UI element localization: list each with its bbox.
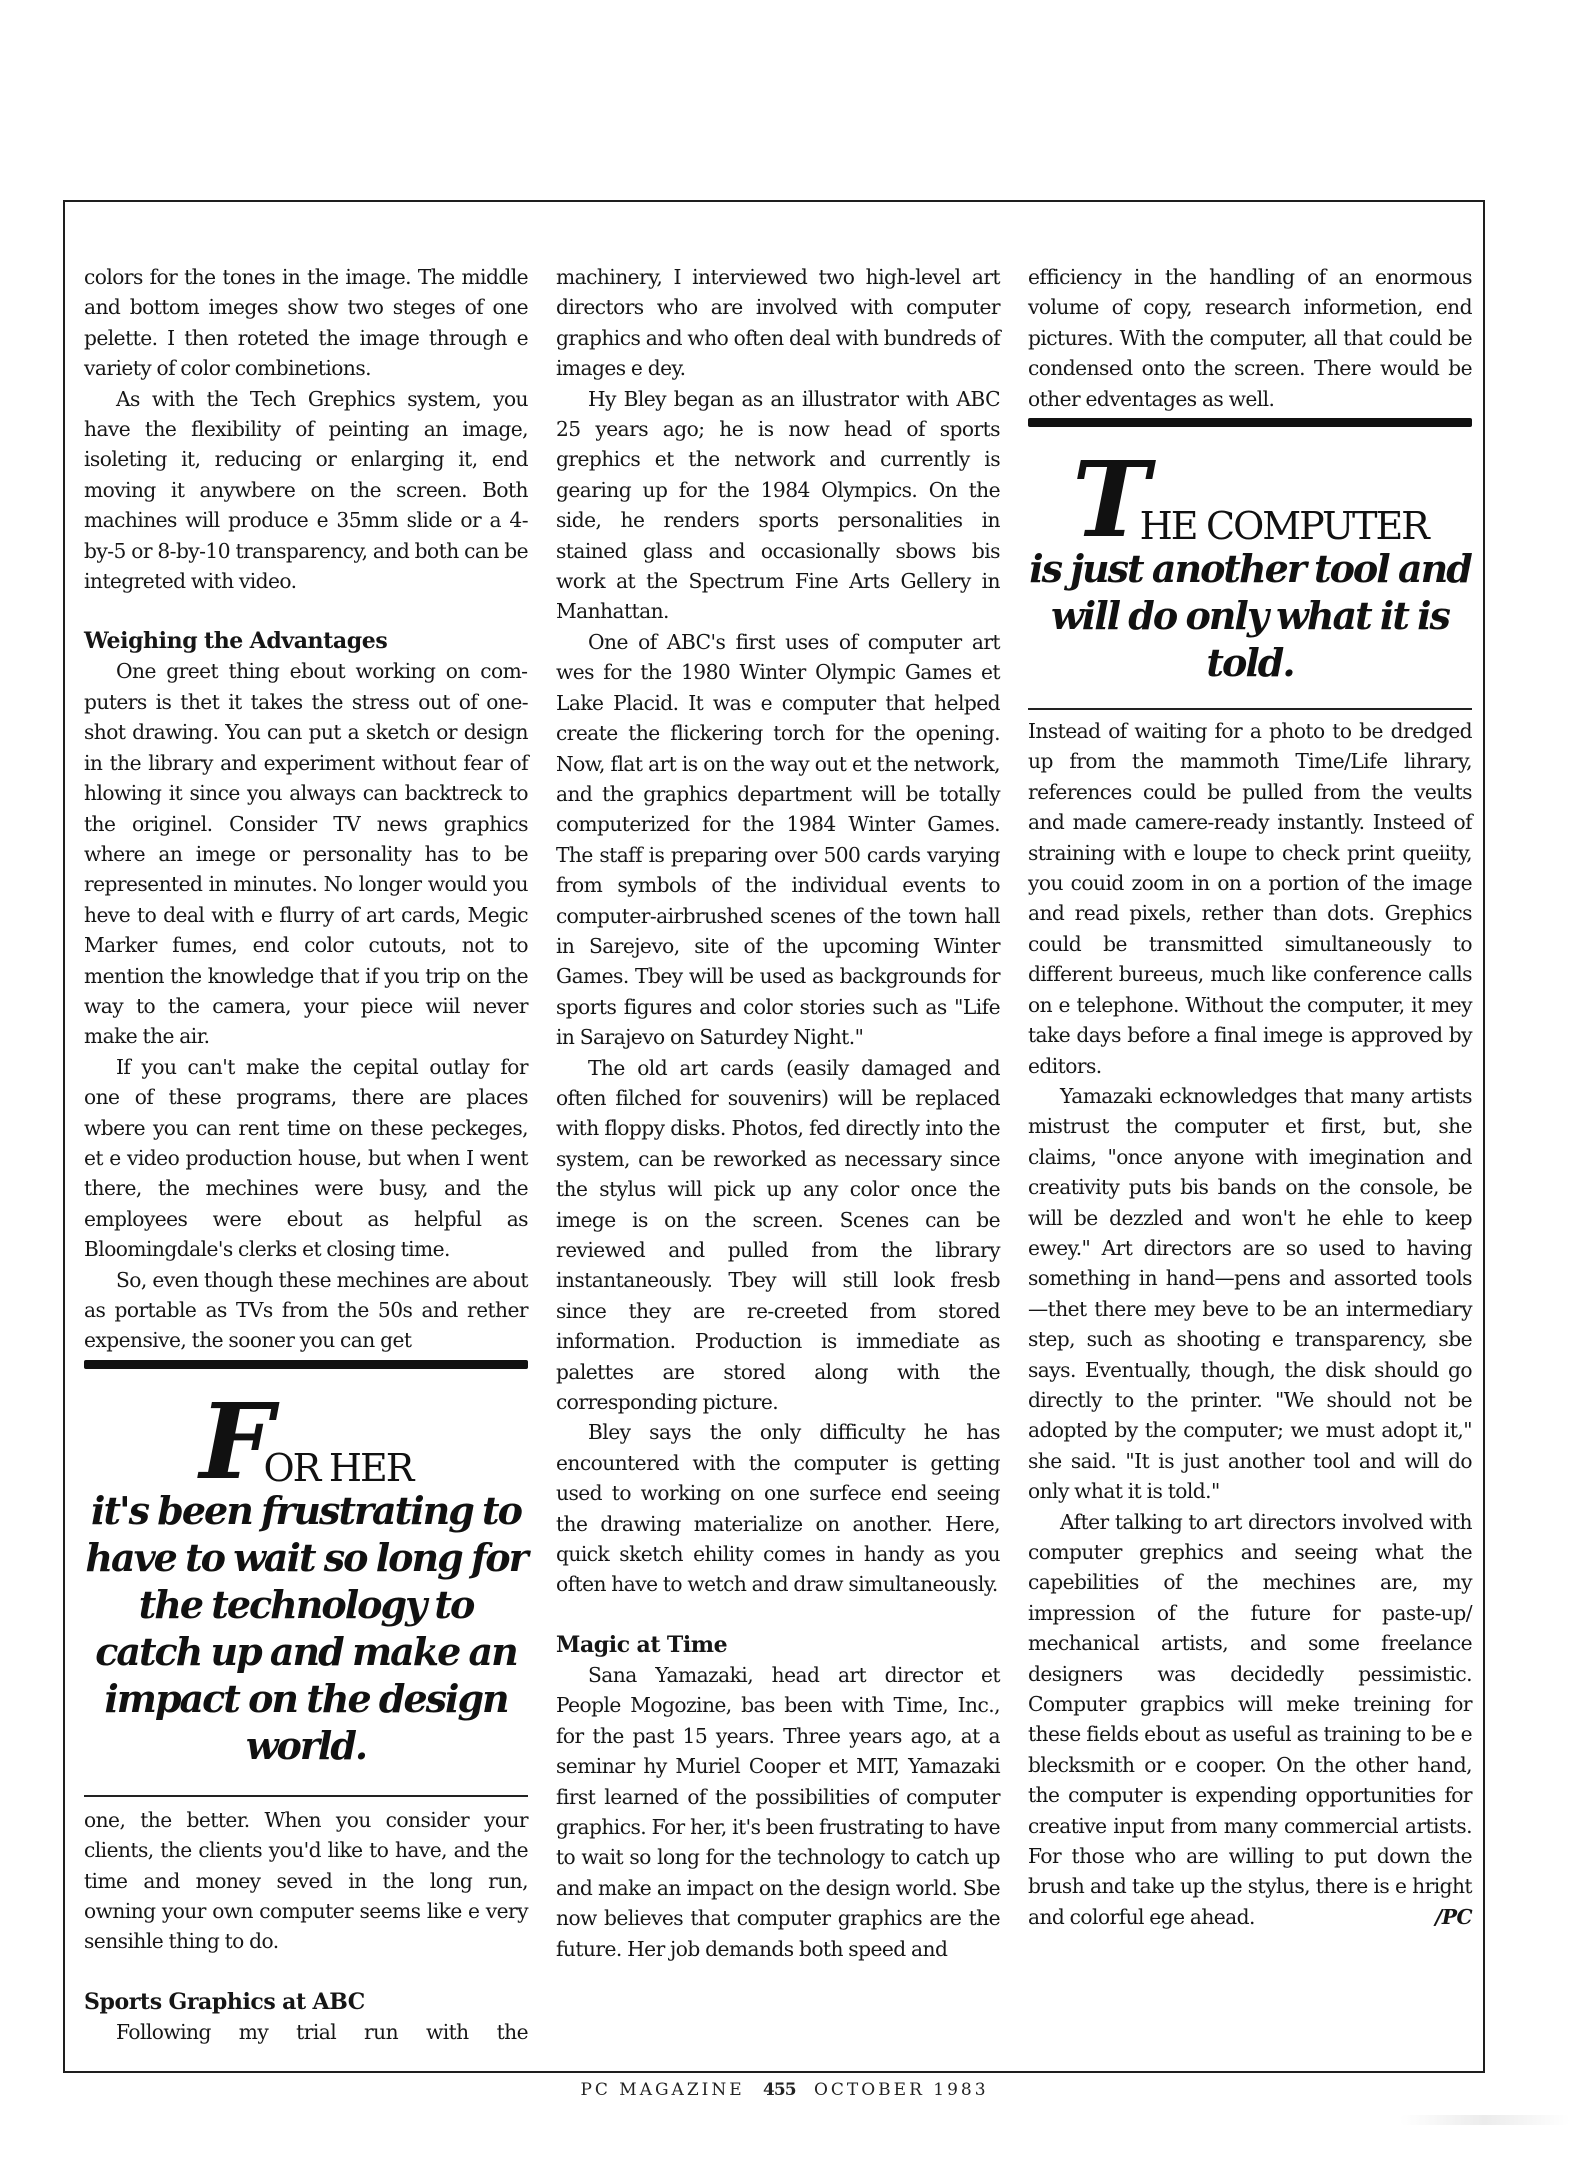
scan-smudge <box>1400 2115 1569 2125</box>
spacer <box>556 1600 1000 1630</box>
page-footer: PC MAGAZINE 455 OCTOBER 1983 <box>0 2080 1569 2100</box>
column-2: machinery, I interviewed two high-level … <box>556 262 1000 1964</box>
section-heading: Weighing the Advantages <box>84 626 528 656</box>
spacer <box>84 596 528 626</box>
issue-date: OCTOBER 1983 <box>814 2080 989 2100</box>
paragraph: efficiency in the handling of an enormou… <box>1028 262 1472 414</box>
pullquote-top-rule <box>84 1360 528 1369</box>
paragraph: Yamazaki ecknowledges that many art­ists… <box>1028 1081 1472 1507</box>
column-3: efficiency in the handling of an enormou… <box>1028 262 1472 1933</box>
pullquote-bottom-rule <box>1028 708 1472 710</box>
paragraph: machinery, I interviewed two high-level … <box>556 262 1000 384</box>
paragraph: As with the Tech Grephics system, you ha… <box>84 384 528 597</box>
pullquote-top-rule <box>1028 418 1472 427</box>
paragraph: After talking to art directors involved … <box>1028 1507 1472 1933</box>
paragraph: Instead of waiting for a photo to be dre… <box>1028 716 1472 1081</box>
paragraph: One greet thing ebout working on com­put… <box>84 656 528 1051</box>
spacer <box>84 1957 528 1987</box>
page-number: 455 <box>763 2080 796 2100</box>
section-heading: Magic at Time <box>556 1630 1000 1660</box>
paragraph: If you can't make the cepital outlay for… <box>84 1052 528 1265</box>
pullquote-text: is just another tool and will do only wh… <box>1028 545 1472 686</box>
publication-name: PC MAGAZINE <box>580 2080 744 2100</box>
drop-cap: F <box>200 1397 274 1487</box>
pullquote-text: it's been frustrating to have to wait so… <box>84 1487 528 1769</box>
section-heading: Sports Graphics at ABC <box>84 1987 528 2017</box>
pullquote-lead-line: T HE COMPUTER <box>1028 455 1472 545</box>
column-1: colors for the tones in the image. The m… <box>84 262 528 2047</box>
paragraph: Bley says the only difficulty he has enc… <box>556 1417 1000 1599</box>
paragraph: Hy Bley began as an illustrator with ABC… <box>556 384 1000 627</box>
pullquote-lead: OR HER <box>264 1449 413 1487</box>
pullquote-lead-line: F OR HER <box>84 1397 528 1487</box>
pullquote: T HE COMPUTER is just another tool and w… <box>1028 427 1472 708</box>
pullquote-lead: HE COMPUTER <box>1140 507 1428 545</box>
paragraph: Sana Yamazaki, head art director et Peop… <box>556 1660 1000 1964</box>
paragraph: The old art cards (easily damaged and of… <box>556 1053 1000 1418</box>
drop-cap: T <box>1072 455 1149 545</box>
paragraph: One of ABC's first uses of computer art … <box>556 627 1000 1053</box>
paragraph: colors for the tones in the image. The m… <box>84 262 528 384</box>
paragraph: So, even though these mechines are about… <box>84 1265 528 1356</box>
pullquote-bottom-rule <box>84 1795 528 1797</box>
paragraph: one, the better. When you consider your … <box>84 1805 528 1957</box>
pullquote: F OR HER it's been frustrating to have t… <box>84 1369 528 1795</box>
paragraph: Following my trial run with the <box>84 2017 528 2047</box>
